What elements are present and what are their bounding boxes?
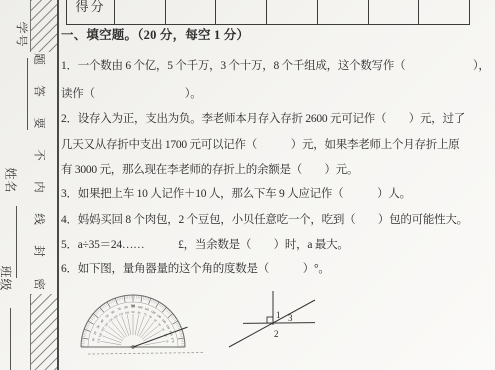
svg-text:30: 30 [161, 327, 166, 332]
svg-text:1: 1 [276, 310, 281, 320]
question-line: 1．一个数由 6 个亿，5 个千万，3 个十万，8 个千组成，这个数写作（ ）， [61, 60, 481, 74]
exam-paper-page: { "colors":{"paper":"#f3f2ef","ink":"#2b… [0, 0, 495, 370]
score-empty-cell [266, 0, 317, 24]
svg-text:100: 100 [124, 310, 130, 315]
svg-text:100: 100 [137, 305, 143, 310]
score-table: 得分 [66, 0, 470, 25]
score-label-cell: 得分 [67, 0, 114, 24]
score-empty-cell [165, 0, 216, 24]
score-empty-cell [418, 0, 469, 24]
question-line: 2．设存入为正，支出为负。李老师本月存入存折 2600 元可记作（ ）元，过了 [61, 113, 481, 127]
svg-text:70: 70 [143, 312, 148, 317]
svg-text:170: 170 [96, 338, 101, 344]
seal-char: 要 [32, 116, 48, 131]
question-line: 6．如下图，量角器量的这个角的度数是（ ）°。 [61, 263, 481, 277]
question-line: 3．如果把上车 10 人记作＋10 人，那么下车 9 人应记作（ ）人。 [61, 188, 481, 202]
question-line: 几天又从存折中支出 1700 元可以记作（ ）元，如果李老师上个月存折上原 [61, 139, 481, 153]
protractor-figure: 1701016020150301404013050120601107010080… [78, 283, 210, 369]
seal-char: 题 [32, 52, 48, 67]
fold-hatch-bottom [31, 294, 57, 370]
svg-text:90: 90 [131, 304, 135, 309]
svg-text:3: 3 [288, 313, 293, 323]
svg-text:40: 40 [157, 322, 162, 327]
student-id-underline [27, 58, 28, 130]
student-id-label: 学号 [14, 21, 31, 47]
class-underline [10, 308, 11, 370]
svg-text:10: 10 [91, 338, 96, 342]
seal-char: 答 [32, 84, 48, 99]
seal-char: 线 [32, 212, 48, 227]
section-title: 一、填空题。（20 分，每空 1 分） [61, 28, 481, 43]
svg-text:20: 20 [93, 331, 98, 336]
angle-figure: 132 [225, 288, 360, 360]
score-empty-cell [215, 0, 266, 24]
fold-hatch-top [31, 0, 57, 52]
question-line: 4．妈妈买回 8 个肉包，2 个豆包，小贝任意吃一个，吃到（ ）包的可能性大。 [61, 214, 481, 228]
seal-char: 内 [32, 180, 48, 195]
svg-text:10: 10 [165, 339, 170, 343]
question-line: 有 3000 元，那么现在李老师的存折上的余额是（ ）元。 [61, 164, 481, 178]
svg-text:80: 80 [137, 310, 141, 315]
class-label: 班级 [0, 265, 15, 291]
svg-text:80: 80 [124, 305, 128, 310]
seal-char: 密 [32, 277, 48, 292]
seal-line [57, 0, 59, 370]
name-underline [16, 206, 17, 278]
score-empty-cell [368, 0, 419, 24]
name-label: 姓名 [3, 167, 20, 193]
svg-text:170: 170 [170, 337, 175, 343]
score-empty-cell [317, 0, 368, 24]
svg-text:60: 60 [148, 314, 153, 319]
score-empty-cell [114, 0, 165, 24]
seal-char: 封 [32, 244, 48, 259]
svg-text:2: 2 [274, 329, 279, 339]
svg-text:110: 110 [118, 311, 124, 316]
question-line: 5．a÷35＝24…… £，当余数是（ ）时，a 最大。 [61, 239, 481, 253]
svg-text:90: 90 [132, 310, 135, 314]
question-line: 读作（ ）。 [61, 88, 481, 102]
svg-text:70: 70 [117, 307, 122, 312]
seal-char: 不 [32, 148, 48, 163]
